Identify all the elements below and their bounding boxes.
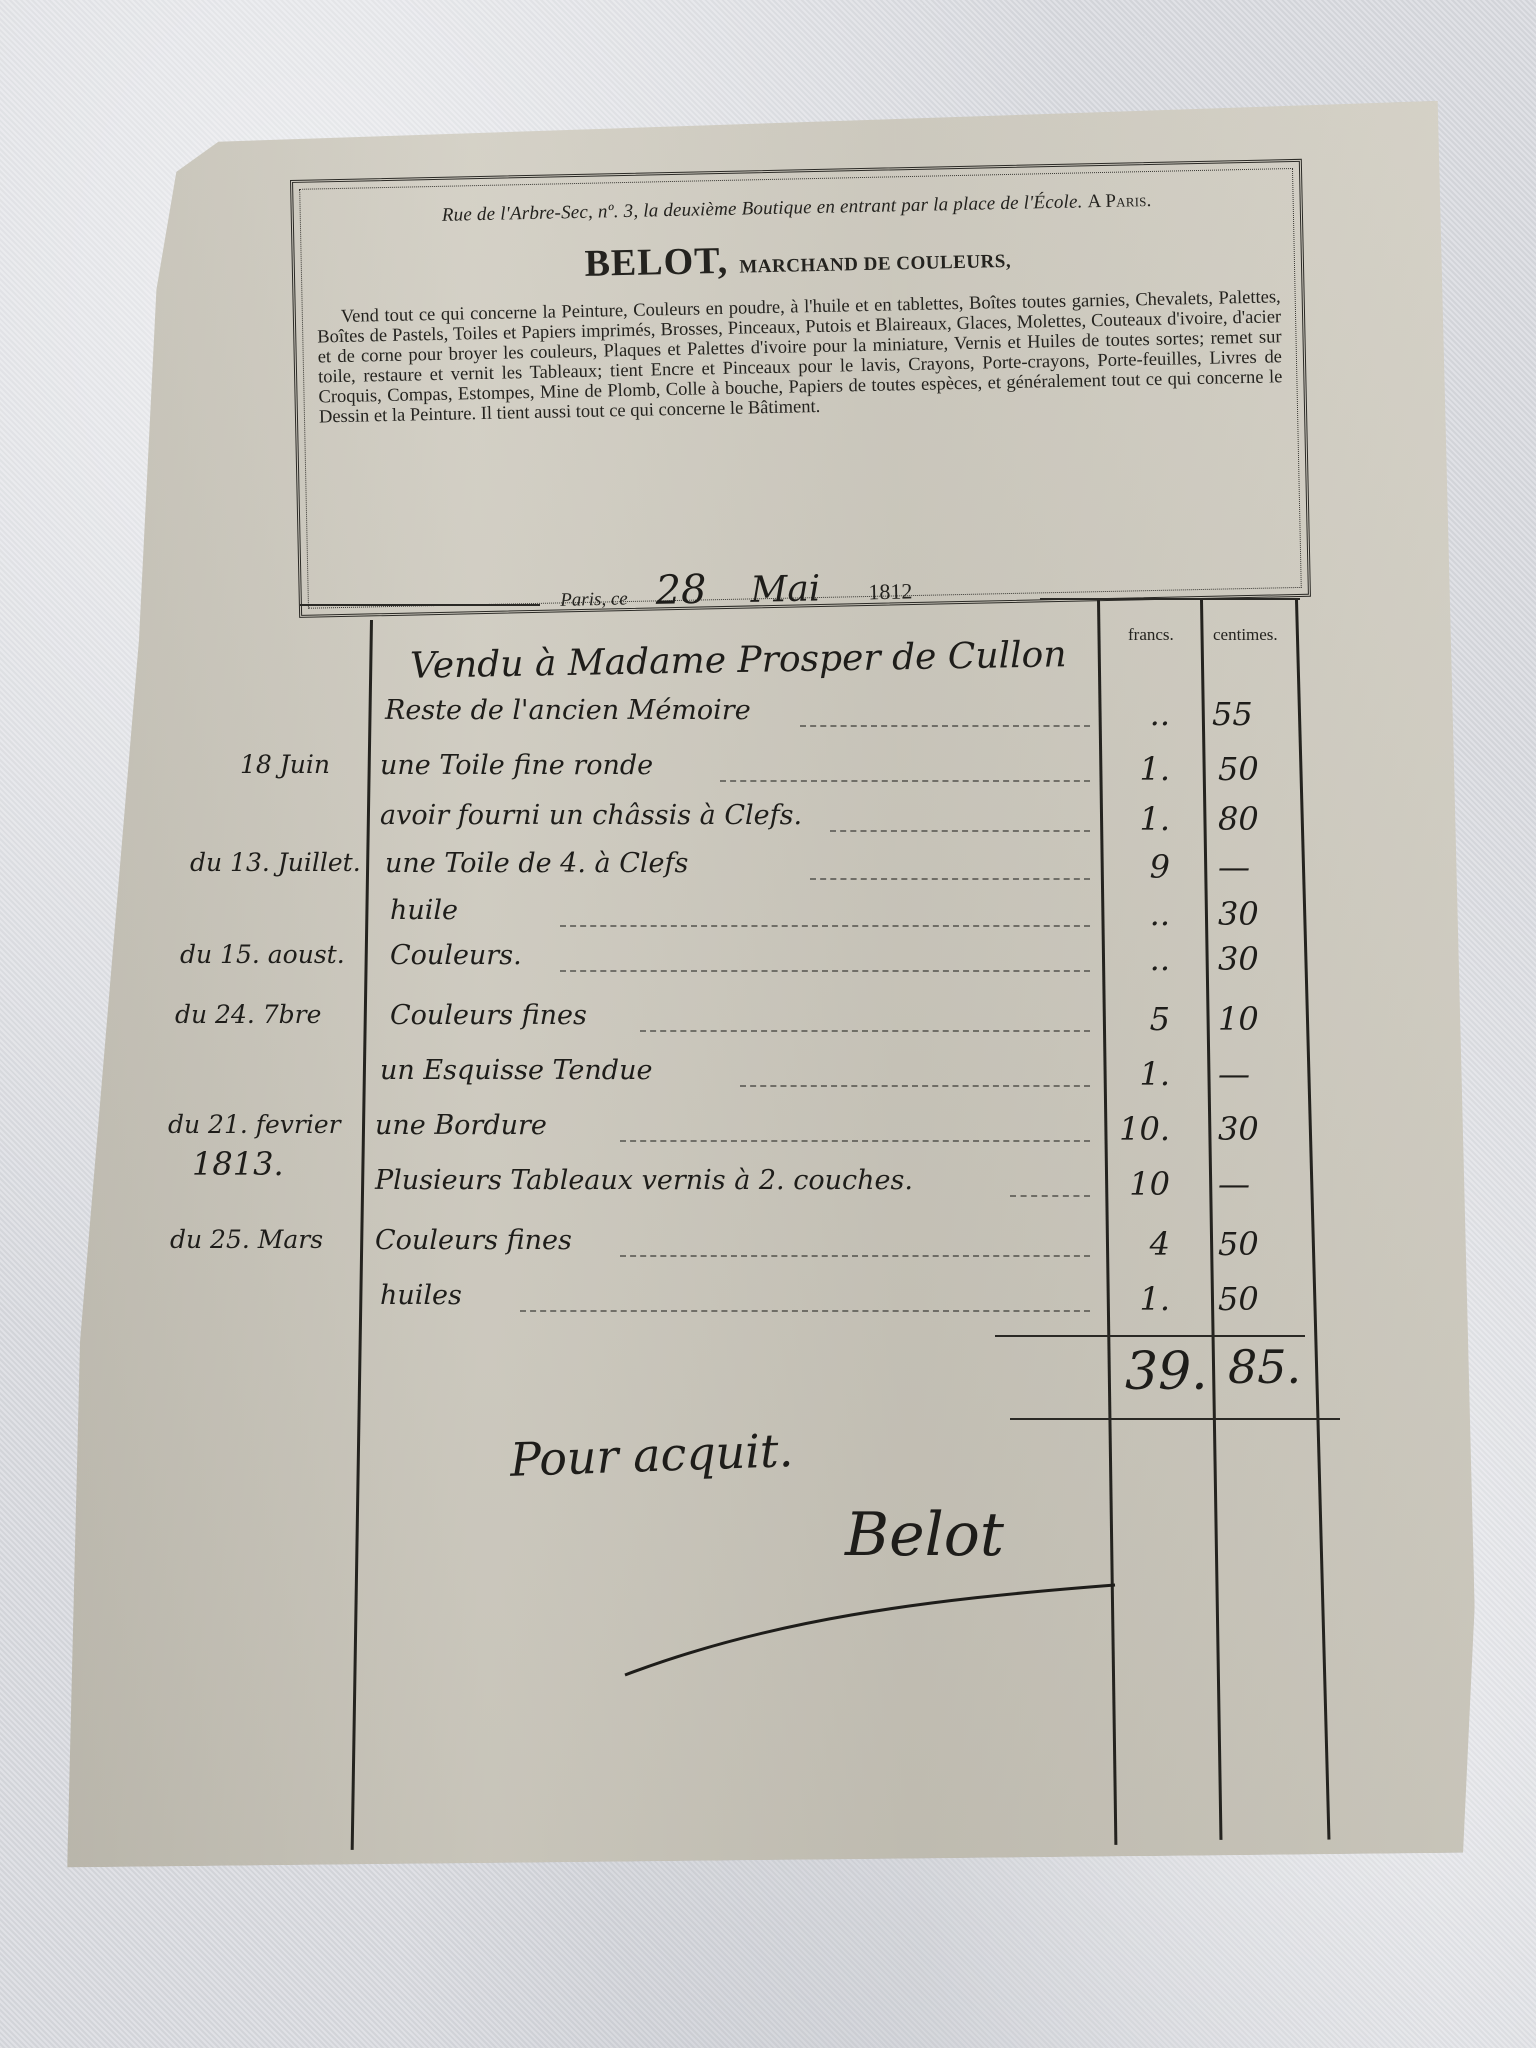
year-note: 1813. bbox=[192, 1145, 284, 1183]
ledger-row: avoir fourni un châssis à Clefs. 1. 80 bbox=[0, 800, 1536, 848]
entry-description: huile bbox=[390, 895, 458, 926]
entry-centimes: 30 bbox=[1218, 895, 1298, 933]
dotted-leader bbox=[560, 970, 1090, 972]
entry-centimes: — bbox=[1218, 848, 1298, 886]
printed-letterhead: Rue de l'Arbre-Sec, nº. 3, la deuxième B… bbox=[290, 159, 1311, 618]
merchant-trade: MARCHAND DE COULEURS, bbox=[739, 251, 1011, 278]
entry-francs: 9 bbox=[1110, 848, 1170, 886]
entry-centimes: 30 bbox=[1218, 1110, 1298, 1148]
entry-centimes: 10 bbox=[1218, 1000, 1298, 1038]
total-centimes: 85. bbox=[1228, 1340, 1301, 1394]
merchant-description: Vend tout ce qui concerne la Peinture, C… bbox=[317, 287, 1283, 427]
centimes-column-header: centimes. bbox=[1213, 625, 1278, 645]
entry-date: du 15. aoust. bbox=[180, 940, 345, 969]
entry-centimes: 50 bbox=[1218, 1225, 1298, 1263]
entry-description: un Esquisse Tendue bbox=[380, 1055, 652, 1086]
entry-date: du 24. 7bre bbox=[175, 1000, 321, 1029]
entry-francs: 1. bbox=[1110, 1055, 1170, 1093]
date-day: 28 bbox=[655, 567, 707, 614]
entry-description: Reste de l'ancien Mémoire bbox=[385, 695, 751, 726]
entry-centimes: — bbox=[1218, 1055, 1298, 1093]
entry-francs: 1. bbox=[1110, 1280, 1170, 1318]
address-text: Rue de l'Arbre-Sec, nº. 3, la deuxième B… bbox=[442, 191, 1083, 225]
receipt-note: Pour acquit. bbox=[509, 1423, 794, 1487]
entry-description: une Bordure bbox=[375, 1110, 547, 1141]
ledger-row: huile .. 30 bbox=[0, 895, 1536, 943]
dotted-leader bbox=[830, 830, 1090, 832]
entry-description: une Toile de 4. à Clefs bbox=[385, 848, 688, 879]
dotted-leader bbox=[520, 1310, 1090, 1312]
header-underline-left bbox=[300, 604, 540, 606]
total-francs: 39. bbox=[1125, 1342, 1208, 1402]
entry-description: Couleurs fines bbox=[390, 1000, 587, 1031]
ledger-row: un Esquisse Tendue 1. — bbox=[0, 1055, 1536, 1103]
ledger-row: du 25. Mars Couleurs fines 4 50 bbox=[0, 1225, 1536, 1273]
dotted-leader bbox=[1010, 1195, 1090, 1197]
sum-rule-bottom bbox=[1010, 1418, 1340, 1420]
dotted-leader bbox=[620, 1140, 1090, 1142]
dotted-leader bbox=[640, 1030, 1090, 1032]
dotted-leader bbox=[720, 780, 1090, 782]
entry-centimes: 50 bbox=[1218, 750, 1298, 788]
address-city: A Paris. bbox=[1087, 190, 1151, 212]
entry-description: Plusieurs Tableaux vernis à 2. couches. bbox=[375, 1165, 913, 1196]
ledger-row: du 15. aoust. Couleurs. .. 30 bbox=[0, 940, 1536, 988]
merchant-title: BELOT, MARCHAND DE COULEURS, bbox=[315, 227, 1280, 291]
ledger-row: du 13. Juillet. une Toile de 4. à Clefs … bbox=[0, 848, 1536, 896]
ledger-row: Reste de l'ancien Mémoire .. 55 bbox=[0, 695, 1536, 743]
entry-francs: .. bbox=[1110, 895, 1170, 933]
entry-date: 18 Juin bbox=[240, 750, 330, 779]
francs-column-header: francs. bbox=[1128, 625, 1174, 645]
entry-description: une Toile fine ronde bbox=[380, 750, 653, 781]
entry-francs: .. bbox=[1110, 940, 1170, 978]
entry-date: du 13. Juillet. bbox=[190, 848, 361, 877]
dotted-leader bbox=[560, 925, 1090, 927]
shop-address: Rue de l'Arbre-Sec, nº. 3, la deuxième B… bbox=[315, 187, 1279, 229]
entry-centimes: — bbox=[1218, 1165, 1298, 1203]
ledger-row: du 24. 7bre Couleurs fines 5 10 bbox=[0, 1000, 1536, 1048]
date-month: Mai bbox=[750, 568, 821, 610]
ledger-row: huiles 1. 50 bbox=[0, 1280, 1536, 1328]
entry-centimes: 80 bbox=[1218, 800, 1298, 838]
entry-francs: 5 bbox=[1110, 1000, 1170, 1038]
entry-date: du 25. Mars bbox=[170, 1225, 323, 1254]
sum-rule-top bbox=[995, 1335, 1305, 1337]
entry-description: huiles bbox=[380, 1280, 462, 1311]
dotted-leader bbox=[620, 1255, 1090, 1257]
merchant-signature: Belot bbox=[845, 1500, 1004, 1570]
dotted-leader bbox=[810, 878, 1090, 880]
entry-francs: 10. bbox=[1110, 1110, 1170, 1148]
signature-flourish-icon bbox=[620, 1570, 1120, 1680]
entry-description: avoir fourni un châssis à Clefs. bbox=[380, 800, 802, 831]
entry-francs: 10 bbox=[1110, 1165, 1170, 1203]
entry-date: du 21. fevrier bbox=[168, 1110, 341, 1139]
dotted-leader bbox=[740, 1085, 1090, 1087]
entry-centimes: 50 bbox=[1218, 1280, 1298, 1318]
merchant-name: BELOT, bbox=[584, 240, 728, 285]
entry-description: Couleurs. bbox=[390, 940, 522, 971]
ledger-row: 18 Juin une Toile fine ronde 1. 50 bbox=[0, 750, 1536, 798]
date-prefix: Paris, ce bbox=[560, 588, 628, 610]
date-year: 1812 bbox=[868, 578, 913, 604]
entry-francs: 1. bbox=[1110, 750, 1170, 788]
entry-francs: 1. bbox=[1110, 800, 1170, 838]
entry-centimes: 30 bbox=[1218, 940, 1298, 978]
header-underline-right bbox=[1040, 598, 1300, 600]
entry-francs: .. bbox=[1110, 695, 1170, 733]
dotted-leader bbox=[800, 725, 1090, 727]
entry-francs: 4 bbox=[1110, 1225, 1170, 1263]
entry-centimes: 55 bbox=[1212, 695, 1292, 733]
date-line: Paris, ce 28 Mai 1812 bbox=[560, 560, 1021, 616]
entry-description: Couleurs fines bbox=[375, 1225, 572, 1256]
